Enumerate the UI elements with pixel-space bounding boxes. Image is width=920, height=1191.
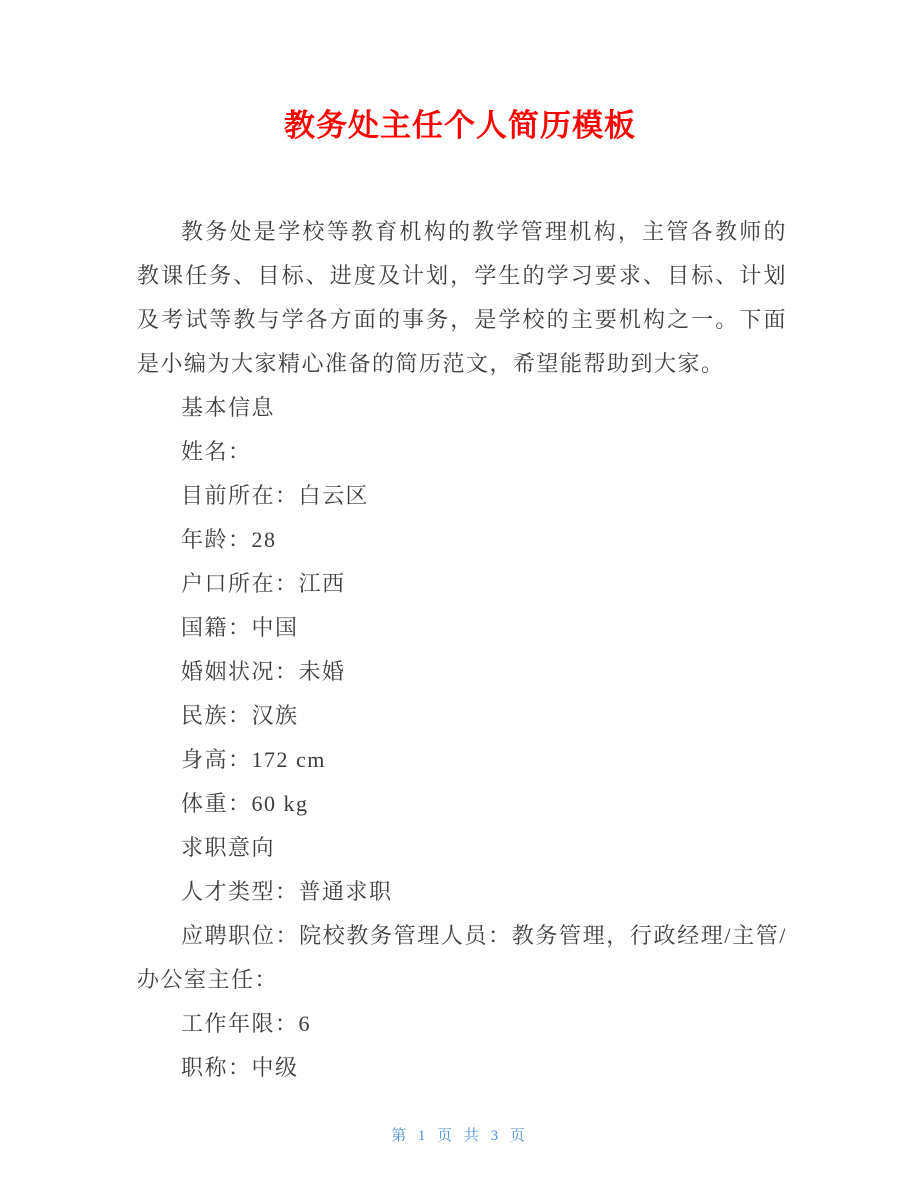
page-number-indicator: 第 1 页 共 3 页 — [391, 1128, 529, 1144]
resume-field-nationality: 国籍：中国 — [137, 606, 787, 650]
intro-paragraph: 教务处是学校等教育机构的教学管理机构，主管各教师的教课任务、目标、进度及计划，学… — [137, 210, 787, 386]
resume-field-talent-type: 人才类型：普通求职 — [137, 870, 787, 914]
resume-field-current-location: 目前所在：白云区 — [137, 474, 787, 518]
section-heading-basic-info: 基本信息 — [137, 386, 787, 430]
resume-field-age: 年龄：28 — [137, 518, 787, 562]
resume-field-height: 身高：172 cm — [137, 738, 787, 782]
section-heading-job-intention: 求职意向 — [137, 826, 787, 870]
resume-field-name: 姓名： — [137, 430, 787, 474]
document-page: 教务处主任个人简历模板 教务处是学校等教育机构的教学管理机构，主管各教师的教课任… — [0, 0, 920, 1191]
resume-field-ethnicity: 民族：汉族 — [137, 694, 787, 738]
resume-field-professional-title: 职称：中级 — [137, 1046, 787, 1090]
document-title: 教务处主任个人简历模板 — [0, 0, 920, 146]
resume-field-household-registration: 户口所在：江西 — [137, 562, 787, 606]
resume-field-years-of-experience: 工作年限：6 — [137, 1002, 787, 1046]
resume-field-weight: 体重：60 kg — [137, 782, 787, 826]
page-footer: 第 1 页 共 3 页 — [0, 1124, 920, 1145]
document-body: 教务处是学校等教育机构的教学管理机构，主管各教师的教课任务、目标、进度及计划，学… — [0, 210, 920, 1090]
resume-field-desired-position: 应聘职位：院校教务管理人员：教务管理，行政经理/主管/办公室主任： — [137, 914, 787, 1002]
resume-field-marital-status: 婚姻状况：未婚 — [137, 650, 787, 694]
